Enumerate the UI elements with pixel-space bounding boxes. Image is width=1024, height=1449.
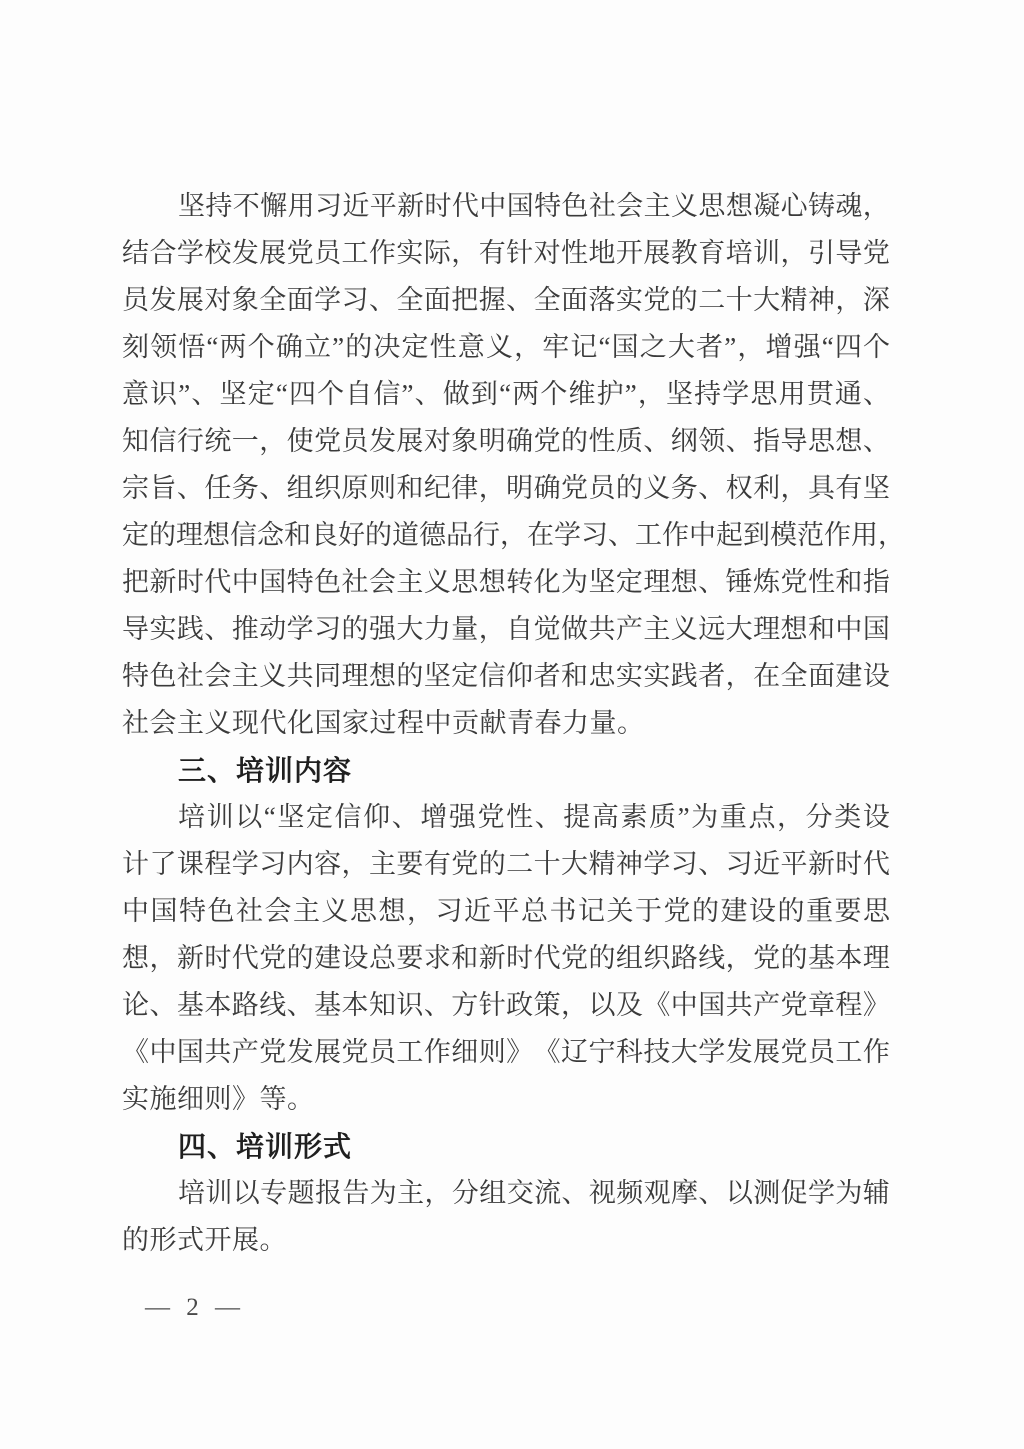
paragraph-line: 员发展对象全面学习、全面把握、全面落实党的二十大精神，深 (122, 277, 890, 324)
paragraph-line: 宗旨、任务、组织原则和纪律，明确党员的义务、权利，具有坚 (122, 465, 890, 512)
paragraph-line: 社会主义现代化国家过程中贡献青春力量。 (122, 700, 890, 747)
paragraph-line: 结合学校发展党员工作实际，有针对性地开展教育培训，引导党 (122, 230, 890, 277)
paragraph-line: 实施细则》等。 (122, 1076, 890, 1123)
paragraph-line: 坚持不懈用习近平新时代中国特色社会主义思想凝心铸魂， (122, 183, 890, 230)
document-page: 坚持不懈用习近平新时代中国特色社会主义思想凝心铸魂， 结合学校发展党员工作实际，… (0, 0, 1024, 1449)
paragraph-line: 《中国共产党发展党员工作细则》《辽宁科技大学发展党员工作 (122, 1029, 890, 1076)
paragraph-line: 把新时代中国特色社会主义思想转化为坚定理想、锤炼党性和指 (122, 559, 890, 606)
paragraph-line: 定的理想信念和良好的道德品行，在学习、工作中起到模范作用， (122, 512, 890, 559)
paragraph-line: 想，新时代党的建设总要求和新时代党的组织路线，党的基本理 (122, 935, 890, 982)
section-heading-training-content: 三、培训内容 (122, 747, 890, 794)
paragraph-line: 培训以“坚定信仰、增强党性、提高素质”为重点，分类设 (122, 794, 890, 841)
paragraph-line: 的形式开展。 (122, 1217, 890, 1264)
paragraph-line: 特色社会主义共同理想的坚定信仰者和忠实实践者，在全面建设 (122, 653, 890, 700)
paragraph-line: 意识”、坚定“四个自信”、做到“两个维护”，坚持学思用贯通、 (122, 371, 890, 418)
paragraph-line: 导实践、推动学习的强大力量，自觉做共产主义远大理想和中国 (122, 606, 890, 653)
document-body: 坚持不懈用习近平新时代中国特色社会主义思想凝心铸魂， 结合学校发展党员工作实际，… (122, 183, 890, 1264)
section-heading-training-format: 四、培训形式 (122, 1123, 890, 1170)
paragraph-line: 计了课程学习内容，主要有党的二十大精神学习、习近平新时代 (122, 841, 890, 888)
page-number: — 2 — (145, 1288, 245, 1328)
paragraph-line: 论、基本路线、基本知识、方针政策，以及《中国共产党章程》 (122, 982, 890, 1029)
paragraph-line: 刻领悟“两个确立”的决定性意义，牢记“国之大者”，增强“四个 (122, 324, 890, 371)
paragraph-line: 知信行统一，使党员发展对象明确党的性质、纲领、指导思想、 (122, 418, 890, 465)
paragraph-line: 中国特色社会主义思想，习近平总书记关于党的建设的重要思 (122, 888, 890, 935)
paragraph-line: 培训以专题报告为主，分组交流、视频观摩、以测促学为辅 (122, 1170, 890, 1217)
